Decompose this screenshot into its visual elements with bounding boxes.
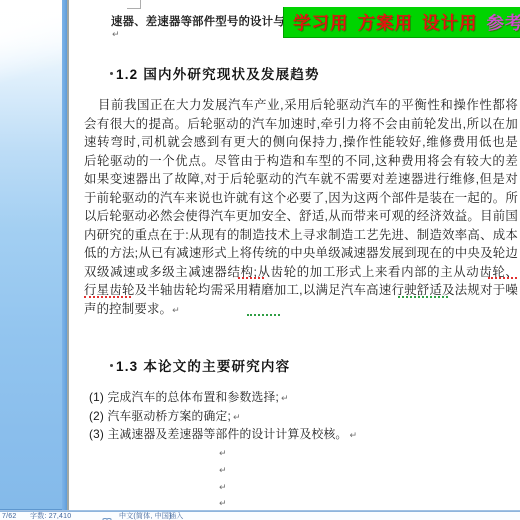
list-item-text: (1) 完成汽车的总体布置和参数选择; xyxy=(89,390,279,404)
outline-bullet-icon xyxy=(110,364,113,367)
banner-label: 学习用 xyxy=(293,10,349,35)
list-item: (1) 完成汽车的总体布置和参数选择;↵ xyxy=(89,388,357,407)
paragraph-mark: ↵ xyxy=(219,482,227,493)
list-item: (3) 主减速器及差速器等部件的设计计算及校核。↵ xyxy=(89,425,357,444)
paragraph-mark: ↵ xyxy=(219,465,227,476)
paragraph-line: 于前轮驱动的汽车来说也许就有这个必要了,因为这两个部件是装在一起的。所 xyxy=(84,189,518,208)
grammar-underline xyxy=(247,314,280,316)
status-bar xyxy=(0,512,520,520)
proofing-status-icon[interactable] xyxy=(102,513,112,520)
status-page-indicator[interactable]: 7/62 xyxy=(2,513,16,520)
paragraph-line: 如果变速器出了故障,对于后轮驱动的汽车就不需要对差速器进行维修,但是对 xyxy=(84,170,518,189)
status-language[interactable]: 中文(简体, 中国) xyxy=(119,513,172,520)
paragraph-mark: ↵ xyxy=(219,498,227,509)
paragraph-line: 后轮驱动的一个优点。尽管由于构造和车型的不同,这种费用将会有较大的差别, xyxy=(84,152,518,171)
word-window: 速器、差速器等部件型号的设计与 ↵ 学习用 方案用 设计用 参考用 1.2 国内… xyxy=(0,0,520,520)
paragraph-mark: ↵ xyxy=(233,412,241,422)
paragraph-line: 以后轮驱动必然会使得汽车更加安全、舒适,从而带来可观的经济效益。目前国 xyxy=(84,207,518,226)
banner-label: 参考用 xyxy=(487,10,520,35)
paragraph-line: 速转弯时,司机就会感到有更大的侧向保持力,操作性能较好,维修费用低也是 xyxy=(84,133,518,152)
paragraph-line: 行星齿轮及半轴齿轮均需采用精磨加工,以满足汽车高速行驶舒适及法规对于噪 xyxy=(84,281,518,300)
paragraph-line: 声的控制要求。↵ xyxy=(84,300,518,319)
paragraph-line: 目前我国正在大力发展汽车产业,采用后轮驱动汽车的平衡性和操作性都将 xyxy=(84,96,518,115)
research-content-list: (1) 完成汽车的总体布置和参数选择;↵ (2) 汽车驱动桥方案的确定;↵ (3… xyxy=(89,388,357,444)
section-heading-1-2: 1.2 国内外研究现状及发展趋势 xyxy=(116,63,320,83)
status-insert-mode[interactable]: 插入 xyxy=(169,513,183,520)
outline-bullet-icon xyxy=(110,72,113,75)
paragraph-line: 会有很大的提高。后轮驱动的汽车加速时,牵引力将不会由前轮发出,所以在加 xyxy=(84,115,518,134)
text-boundary-mark xyxy=(127,0,141,9)
status-word-count[interactable]: 字数: 27,410 xyxy=(30,513,71,520)
banner-label: 方案用 xyxy=(358,10,414,35)
paragraph-mark: ↵ xyxy=(349,430,357,440)
grammar-underline xyxy=(398,296,448,298)
paragraph-line: 双级减速或多级主减速器结构;从齿轮的加工形式上来看内部的主从动齿轮、 xyxy=(84,263,518,282)
list-item-text: (2) 汽车驱动桥方案的确定; xyxy=(89,409,231,423)
paragraph-mark: ↵ xyxy=(172,305,180,315)
spelling-underline xyxy=(84,296,131,298)
paragraph-line: 低的方法;从已有减速形式上将传统的中央单级减速器发展到现在的中央及轮边 xyxy=(84,244,518,263)
banner-label: 设计用 xyxy=(422,10,478,35)
paragraph-mark: ↵ xyxy=(281,393,289,403)
window-background-panel xyxy=(0,0,62,510)
spelling-underline xyxy=(488,277,517,279)
watermark-banner-image[interactable]: 学习用 方案用 设计用 参考用 xyxy=(283,7,520,38)
spelling-underline xyxy=(238,277,264,279)
paragraph-line: 速器、差速器等部件型号的设计与 xyxy=(111,13,285,29)
paragraph-mark: ↵ xyxy=(219,448,227,459)
list-item-text: (3) 主减速器及差速器等部件的设计计算及校核。 xyxy=(89,427,347,441)
paragraph-line-text: 声的控制要求。 xyxy=(84,302,172,316)
section-heading-1-3: 1.3 本论文的主要研究内容 xyxy=(116,355,290,375)
paragraph-mark: ↵ xyxy=(112,29,120,40)
body-paragraph: 目前我国正在大力发展汽车产业,采用后轮驱动汽车的平衡性和操作性都将 会有很大的提… xyxy=(84,96,518,319)
list-item: (2) 汽车驱动桥方案的确定;↵ xyxy=(89,407,357,426)
paragraph-line: 内研究的重点在于:从现有的制造技术上寻求制造工艺先进、制造效率高、成本 xyxy=(84,226,518,245)
